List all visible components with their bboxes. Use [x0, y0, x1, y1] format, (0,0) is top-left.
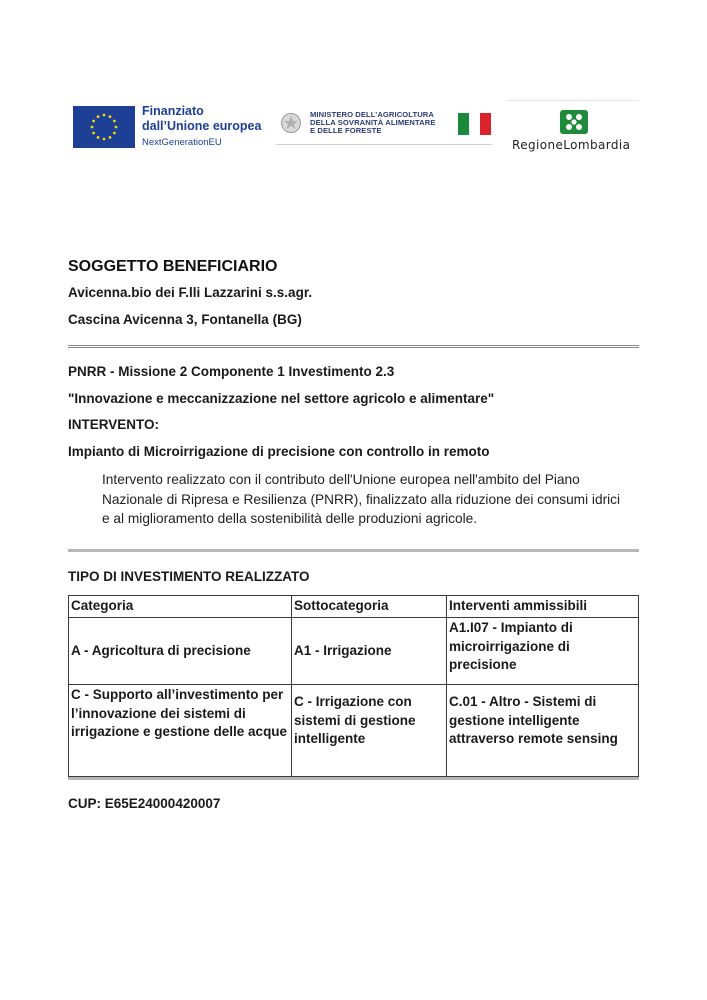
beneficiary-heading: SOGGETTO BENEFICIARIO	[68, 258, 278, 276]
table-row: C - Supporto all’investimento per l’inno…	[69, 685, 639, 777]
program-line: PNRR - Missione 2 Componente 1 Investime…	[68, 364, 394, 379]
rosa-camuna-icon	[560, 110, 588, 134]
table-cell: C - Irrigazione con sistemi di gestione …	[292, 685, 447, 777]
eu-funding-logo-text: Finanziato dall’Unione europea NextGener…	[142, 104, 261, 150]
ministry-line3: E DELLE FORESTE	[310, 127, 436, 135]
intervention-description: Intervento realizzato con il contributo …	[102, 470, 622, 529]
italian-republic-emblem-icon	[280, 112, 302, 134]
italian-flag-icon	[458, 113, 491, 135]
investment-table: Categoria Sottocategoria Interventi ammi…	[68, 595, 639, 777]
intervention-label: INTERVENTO:	[68, 417, 159, 432]
table-cell: A1.I07 - Impianto di microirrigazione di…	[447, 618, 639, 685]
intervention-title: Impianto di Microirrigazione di precisio…	[68, 444, 490, 459]
section-divider	[68, 777, 639, 780]
eu-funding-line3: NextGenerationEU	[142, 135, 261, 150]
table-cell: A1 - Irrigazione	[292, 618, 447, 685]
regione-lombardia-logo: RegioneLombardia	[507, 100, 639, 155]
table-cell: C - Supporto all’investimento per l’inno…	[69, 685, 292, 777]
cup-code: CUP: E65E24000420007	[68, 796, 220, 811]
region-name: RegioneLombardia	[512, 138, 630, 152]
table-cell: A - Agricoltura di precisione	[69, 618, 292, 685]
investment-heading: TIPO DI INVESTIMENTO REALIZZATO	[68, 569, 310, 584]
column-header: Interventi ammissibili	[447, 596, 639, 618]
table-cell: C.01 - Altro - Sistemi di gestione intel…	[447, 685, 639, 777]
eu-funding-line1: Finanziato	[142, 104, 261, 119]
column-header: Categoria	[69, 596, 292, 618]
ministry-logo: MINISTERO DELL’AGRICOLTURA DELLA SOVRANI…	[276, 104, 492, 145]
beneficiary-address: Cascina Avicenna 3, Fontanella (BG)	[68, 312, 302, 327]
program-title: "Innovazione e meccanizzazione nel setto…	[68, 391, 494, 406]
section-divider	[68, 345, 639, 348]
column-header: Sottocategoria	[292, 596, 447, 618]
table-row: A - Agricoltura di precisione A1 - Irrig…	[69, 618, 639, 685]
table-header-row: Categoria Sottocategoria Interventi ammi…	[69, 596, 639, 618]
section-divider	[68, 549, 639, 552]
beneficiary-name: Avicenna.bio dei F.lli Lazzarini s.s.agr…	[68, 285, 312, 300]
eu-funding-line2: dall’Unione europea	[142, 119, 261, 134]
ministry-name: MINISTERO DELL’AGRICOLTURA DELLA SOVRANI…	[310, 111, 436, 135]
eu-flag-icon	[73, 106, 135, 148]
